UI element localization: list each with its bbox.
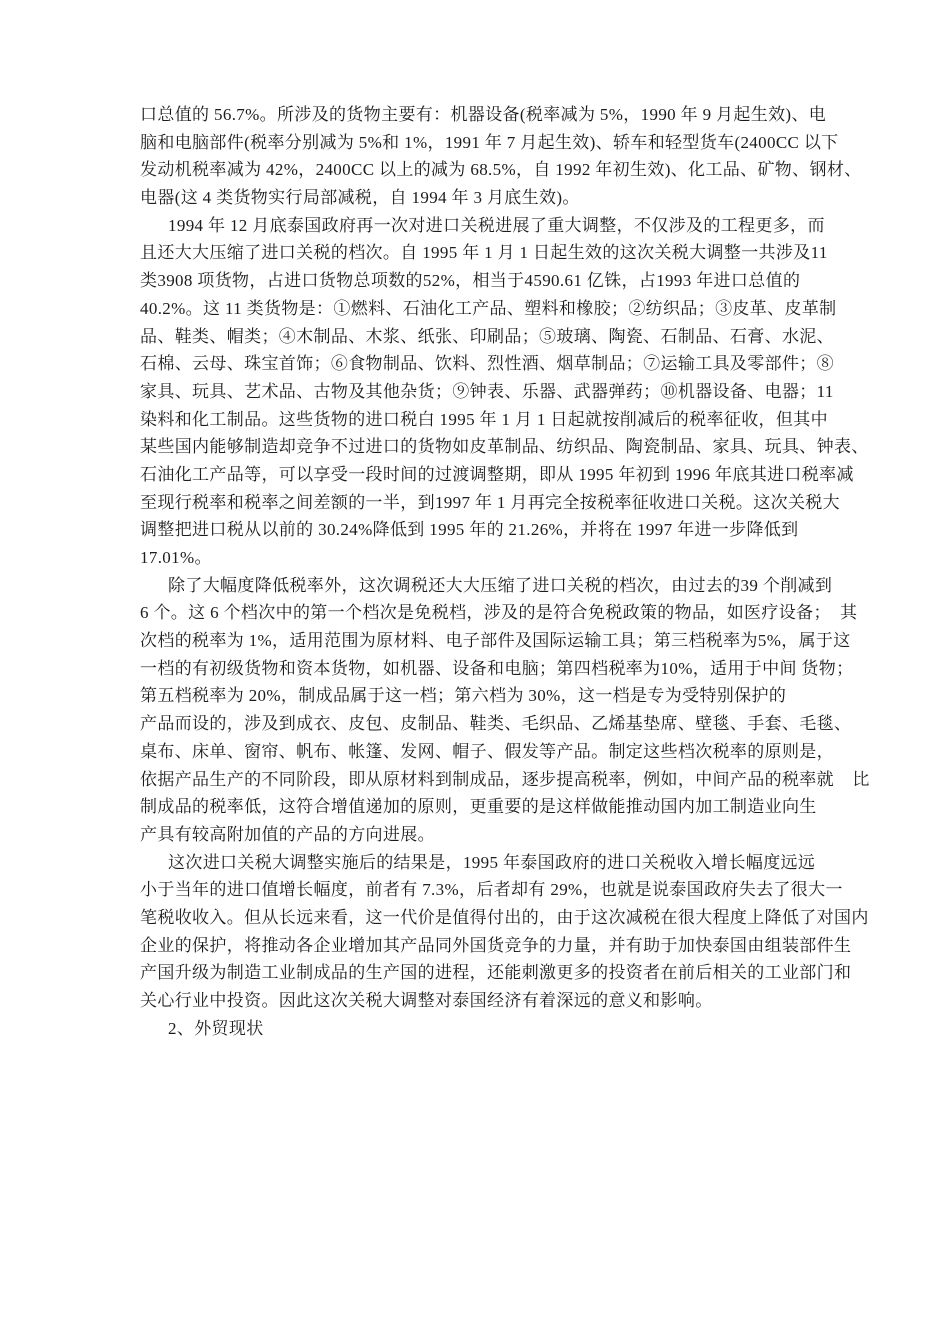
- text-line: 脑和电脑部件(税率分别减为 5%和 1%，1991 年 7 月起生效)、轿车和轻…: [140, 129, 840, 157]
- text-line: 除了大幅度降低税率外，这次调税还大大压缩了进口关税的档次，由过去的39 个削减到: [140, 572, 840, 600]
- text-line: 第五档税率为 20%，制成品属于这一档；第六档为 30%，这一档是专为受特别保护…: [140, 682, 840, 710]
- text-line: 17.01%。: [140, 544, 840, 572]
- text-line: 依据产品生产的不同阶段，即从原材料到制成品，逐步提高税率，例如，中间产品的税率就…: [140, 766, 840, 794]
- text-line: 石棉、云母、珠宝首饰；⑥食物制品、饮料、烈性酒、烟草制品；⑦运输工具及零部件；⑧: [140, 350, 840, 378]
- text-line: 电器(这 4 类货物实行局部减税，自 1994 年 3 月底生效)。: [140, 184, 840, 212]
- document-body: 口总值的 56.7%。所涉及的货物主要有：机器设备(税率减为 5%，1990 年…: [140, 101, 840, 1042]
- text-line: 次档的税率为 1%，适用范围为原材料、电子部件及国际运输工具；第三档税率为5%，…: [140, 627, 840, 655]
- text-line: 且还大大压缩了进口关税的档次。自 1995 年 1 月 1 日起生效的这次关税大…: [140, 239, 840, 267]
- text-line: 类3908 项货物，占进口货物总项数的52%，相当于4590.61 亿铢，占19…: [140, 267, 840, 295]
- text-line: 6 个。这 6 个档次中的第一个档次是免税档，涉及的是符合免税政策的物品，如医疗…: [140, 599, 840, 627]
- text-line: 笔税收收入。但从长远来看，这一代价是值得付出的，由于这次减税在很大程度上降低了对…: [140, 904, 840, 932]
- document-page: 口总值的 56.7%。所涉及的货物主要有：机器设备(税率减为 5%，1990 年…: [0, 0, 950, 1344]
- text-line: 桌布、床单、窗帘、帆布、帐篷、发网、帽子、假发等产品。制定这些档次税率的原则是，: [140, 738, 840, 766]
- text-line: 石油化工产品等，可以享受一段时间的过渡调整期，即从 1995 年初到 1996 …: [140, 461, 840, 489]
- text-line: 产具有较高附加值的产品的方向进展。: [140, 821, 840, 849]
- paragraph: 1994 年 12 月底泰国政府再一次对进口关税进展了重大调整，不仅涉及的工程更…: [140, 212, 840, 572]
- text-line: 2、外贸现状: [140, 1015, 840, 1043]
- text-line: 1994 年 12 月底泰国政府再一次对进口关税进展了重大调整，不仅涉及的工程更…: [140, 212, 840, 240]
- text-line: 一档的有初级货物和资本货物，如机器、设备和电脑；第四档税率为10%，适用于中间 …: [140, 655, 840, 683]
- text-line: 口总值的 56.7%。所涉及的货物主要有：机器设备(税率减为 5%，1990 年…: [140, 101, 840, 129]
- text-line: 某些国内能够制造却竞争不过进口的货物如皮革制品、纺织品、陶瓷制品、家具、玩具、钟…: [140, 433, 840, 461]
- text-line: 企业的保护，将推动各企业增加其产品同外国货竞争的力量，并有助于加快泰国由组装部件…: [140, 932, 840, 960]
- text-line: 产品而设的，涉及到成衣、皮包、皮制品、鞋类、毛织品、乙烯基垫席、壁毯、手套、毛毯…: [140, 710, 840, 738]
- paragraph: 这次进口关税大调整实施后的结果是，1995 年泰国政府的进口关税收入增长幅度远远…: [140, 849, 840, 1015]
- text-line: 小于当年的进口值增长幅度，前者有 7.3%，后者却有 29%，也就是说泰国政府失…: [140, 876, 840, 904]
- text-line: 染料和化工制品。这些货物的进口税白 1995 年 1 月 1 日起就按削减后的税…: [140, 406, 840, 434]
- text-line: 产国升级为制造工业制成品的生产国的进程，还能刺激更多的投资者在前后相关的工业部门…: [140, 959, 840, 987]
- text-line: 关心行业中投资。因此这次关税大调整对泰国经济有着深远的意义和影响。: [140, 987, 840, 1015]
- paragraph: 口总值的 56.7%。所涉及的货物主要有：机器设备(税率减为 5%，1990 年…: [140, 101, 840, 212]
- text-line: 40.2%。这 11 类货物是：①燃料、石油化工产品、塑料和橡胶；②纺织品；③皮…: [140, 295, 840, 323]
- text-line: 这次进口关税大调整实施后的结果是，1995 年泰国政府的进口关税收入增长幅度远远: [140, 849, 840, 877]
- paragraph: 除了大幅度降低税率外，这次调税还大大压缩了进口关税的档次，由过去的39 个削减到…: [140, 572, 840, 849]
- text-line: 制成品的税率低，这符合增值递加的原则，更重要的是这样做能推动国内加工制造业向生: [140, 793, 840, 821]
- paragraph: 2、外贸现状: [140, 1015, 840, 1043]
- text-line: 发动机税率减为 42%，2400CC 以上的减为 68.5%，自 1992 年初…: [140, 156, 840, 184]
- text-line: 调整把进口税从以前的 30.24%降低到 1995 年的 21.26%，并将在 …: [140, 516, 840, 544]
- text-line: 家具、玩具、艺术品、古物及其他杂货；⑨钟表、乐器、武器弹药；⑩机器设备、电器；1…: [140, 378, 840, 406]
- text-line: 至现行税率和税率之间差额的一半，到1997 年 1 月再完全按税率征收进口关税。…: [140, 489, 840, 517]
- text-line: 品、鞋类、帽类；④木制品、木浆、纸张、印刷品；⑤玻璃、陶瓷、石制品、石膏、水泥、: [140, 323, 840, 351]
